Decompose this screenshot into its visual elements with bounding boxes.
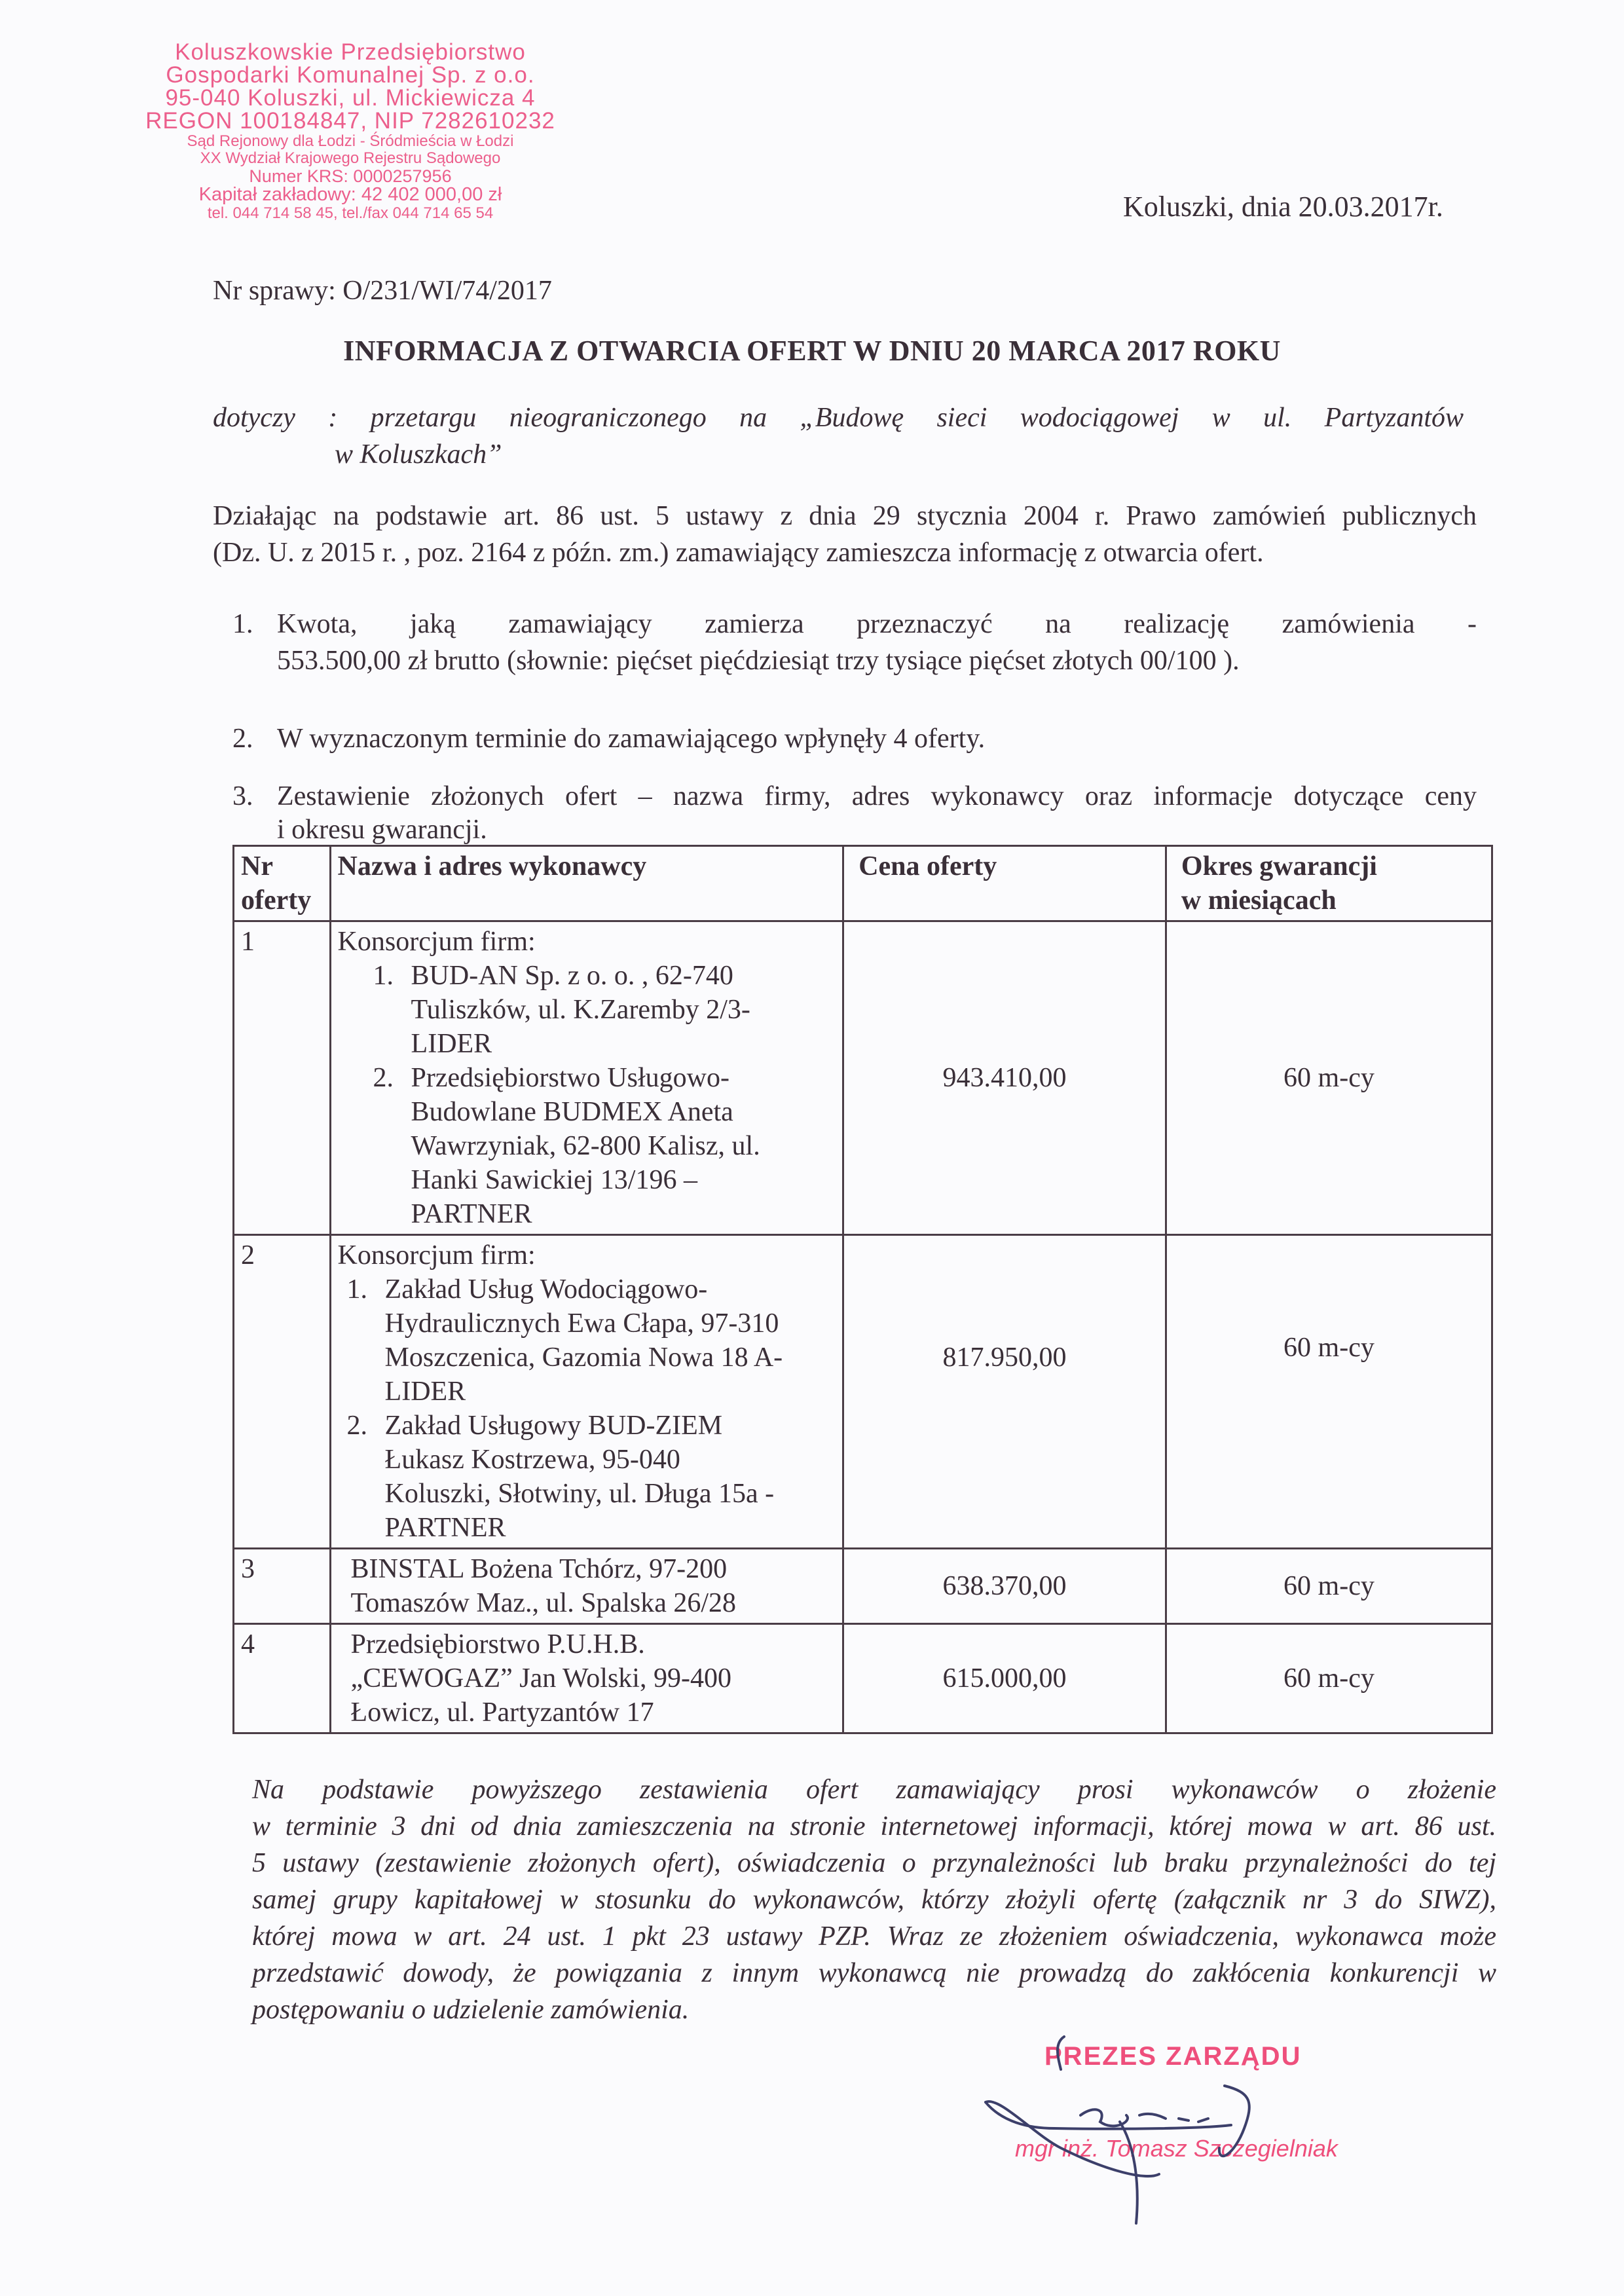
list-item: 1. Kwota, jaką zamawiający zamierza prze… — [213, 606, 1477, 679]
stamp-line: Sąd Rejonowy dla Łodzi - Śródmieścia w Ł… — [121, 134, 580, 149]
offer-warranty: 60 m-cy — [1166, 1549, 1492, 1624]
contractor-line: Łowicz, ul. Partyzantów 17 — [351, 1695, 836, 1730]
list-item: 2. W wyznaczonym terminie do zamawiające… — [213, 720, 1477, 757]
header-text: Nr — [241, 849, 323, 883]
paragraph-line: (Dz. U. z 2015 r. , poz. 2164 z późn. zm… — [213, 534, 1477, 571]
header-text: oferty — [241, 883, 323, 917]
closing-paragraph: Na podstawie powyższego zestawienia ofer… — [252, 1771, 1496, 2028]
contractor-cell: Konsorcjum firm: 1. Zakład Usług Wodocią… — [330, 1235, 843, 1549]
table-row: 3 BINSTAL Bożena Tchórz, 97-200 Tomaszów… — [234, 1549, 1492, 1624]
offer-price: 817.950,00 — [843, 1235, 1166, 1549]
header-text: Okres gwarancji — [1181, 849, 1485, 883]
header-price: Cena oferty — [843, 846, 1166, 921]
member-line: Hanki Sawickiej 13/196 – — [411, 1163, 836, 1197]
list-number: 1. — [232, 606, 253, 642]
contractor-line: BINSTAL Bożena Tchórz, 97-200 — [351, 1552, 836, 1586]
member-line: Budowlane BUDMEX Aneta — [411, 1095, 836, 1129]
item-line: 553.500,00 zł brutto (słownie: pięćset p… — [277, 642, 1477, 679]
offer-number: 3 — [234, 1549, 331, 1624]
member-line: Wawrzyniak, 62-800 Kalisz, ul. — [411, 1129, 836, 1163]
subject-line: dotyczy : przetargu nieograniczonego na … — [213, 399, 1464, 436]
member-line: Tuliszków, ul. K.Zaremby 2/3- — [411, 993, 836, 1027]
list-number: 2. — [232, 720, 253, 757]
item-line: Zestawienie złożonych ofert – nazwa firm… — [277, 778, 1477, 815]
consortium-member: 2. Przedsiębiorstwo Usługowo- Budowlane … — [364, 1061, 836, 1231]
member-number: 1. — [347, 1272, 368, 1306]
paragraph-line: Na podstawie powyższego zestawienia ofer… — [252, 1771, 1496, 1808]
stamp-line: Numer KRS: 0000257956 — [121, 168, 580, 185]
contractor-line: „CEWOGAZ” Jan Wolski, 99-400 — [351, 1661, 836, 1695]
stamp-line: 95-040 Koluszki, ul. Mickiewicza 4 — [121, 86, 580, 109]
stamp-line: Koluszkowskie Przedsiębiorstwo — [121, 41, 580, 64]
subject-concerns: dotyczy : przetargu nieograniczonego na … — [213, 399, 1464, 473]
member-line: Koluszki, Słotwiny, ul. Długa 15a - — [385, 1477, 836, 1511]
case-number: Nr sprawy: O/231/WI/74/2017 — [213, 275, 552, 306]
offer-number: 4 — [234, 1624, 331, 1733]
list-number: 3. — [232, 778, 253, 815]
header-warranty: Okres gwarancji w miesiącach — [1166, 846, 1492, 921]
member-number: 2. — [373, 1061, 394, 1095]
member-line: Przedsiębiorstwo Usługowo- — [411, 1061, 836, 1095]
consortium-member: 1. Zakład Usług Wodociągowo- Hydrauliczn… — [338, 1272, 836, 1409]
list-item: 3. Zestawienie złożonych ofert – nazwa f… — [213, 778, 1477, 845]
consortium-label: Konsorcjum firm: — [338, 925, 836, 959]
paragraph-line: przedstawić dowody, że powiązania z inny… — [252, 1955, 1496, 1991]
table-header-row: Nr oferty Nazwa i adres wykonawcy Cena o… — [234, 846, 1492, 921]
paragraph-line: 5 ustawy (zestawienie złożonych ofert), … — [252, 1845, 1496, 1881]
paragraph-line: samej grupy kapitałowej w stosunku do wy… — [252, 1881, 1496, 1918]
consortium-members: 1. BUD-AN Sp. z o. o. , 62-740 Tuliszków… — [338, 959, 836, 1231]
consortium-member: 1. BUD-AN Sp. z o. o. , 62-740 Tuliszków… — [364, 959, 836, 1061]
paragraph-line: Działając na podstawie art. 86 ust. 5 us… — [213, 498, 1477, 534]
member-line: Hydraulicznych Ewa Cłapa, 97-310 — [385, 1306, 836, 1341]
paragraph-line: w terminie 3 dni od dnia zamieszczenia n… — [252, 1808, 1496, 1845]
consortium-member: 2. Zakład Usługowy BUD-ZIEM Łukasz Kostr… — [338, 1409, 836, 1545]
document-title: INFORMACJA Z OTWARCIA OFERT W DNIU 20 MA… — [0, 334, 1624, 367]
table-row: 1 Konsorcjum firm: 1. BUD-AN Sp. z o. o.… — [234, 921, 1492, 1235]
member-line: Łukasz Kostrzewa, 95-040 — [385, 1443, 836, 1477]
table-row: 4 Przedsiębiorstwo P.U.H.B. „CEWOGAZ” Ja… — [234, 1624, 1492, 1733]
offer-price: 638.370,00 — [843, 1549, 1166, 1624]
offer-warranty: 60 m-cy — [1166, 921, 1492, 1235]
offer-number: 2 — [234, 1235, 331, 1549]
member-line: PARTNER — [385, 1511, 836, 1545]
offers-table: Nr oferty Nazwa i adres wykonawcy Cena o… — [232, 845, 1493, 1734]
offer-warranty: 60 m-cy — [1166, 1235, 1492, 1549]
stamp-line: REGON 100184847, NIP 7282610232 — [121, 109, 580, 132]
member-line: BUD-AN Sp. z o. o. , 62-740 — [411, 959, 836, 993]
stamp-line: Kapitał zakładowy: 42 402 000,00 zł — [121, 185, 580, 204]
member-line: LIDER — [385, 1375, 836, 1409]
company-stamp: Koluszkowskie Przedsiębiorstwo Gospodark… — [121, 41, 580, 221]
offer-price: 615.000,00 — [843, 1624, 1166, 1733]
place-date: Koluszki, dnia 20.03.2017r. — [1123, 190, 1443, 223]
member-line: LIDER — [411, 1027, 836, 1061]
header-offer-number: Nr oferty — [234, 846, 331, 921]
intro-paragraph: Działając na podstawie art. 86 ust. 5 us… — [213, 498, 1477, 571]
item-line: W wyznaczonym terminie do zamawiającego … — [277, 720, 1477, 757]
stamp-line: XX Wydział Krajowego Rejestru Sądowego — [121, 151, 580, 166]
member-line: PARTNER — [411, 1197, 836, 1231]
contractor-line: Przedsiębiorstwo P.U.H.B. — [351, 1627, 836, 1661]
consortium-label: Konsorcjum firm: — [338, 1238, 836, 1272]
offer-warranty: 60 m-cy — [1166, 1624, 1492, 1733]
paragraph-line: której mowa w art. 24 ust. 1 pkt 23 usta… — [252, 1918, 1496, 1955]
member-number: 2. — [347, 1409, 368, 1443]
item-line: i okresu gwarancji. — [277, 815, 1477, 845]
contractor-cell: Przedsiębiorstwo P.U.H.B. „CEWOGAZ” Jan … — [330, 1624, 843, 1733]
contractor-cell: Konsorcjum firm: 1. BUD-AN Sp. z o. o. ,… — [330, 921, 843, 1235]
header-contractor: Nazwa i adres wykonawcy — [330, 846, 843, 921]
header-text: w miesiącach — [1181, 883, 1485, 917]
item-line: Kwota, jaką zamawiający zamierza przezna… — [277, 606, 1477, 642]
subject-line: w Koluszkach” — [213, 436, 1464, 473]
member-line: Zakład Usług Wodociągowo- — [385, 1272, 836, 1306]
consortium-members: 1. Zakład Usług Wodociągowo- Hydrauliczn… — [338, 1272, 836, 1545]
stamp-line: tel. 044 714 58 45, tel./fax 044 714 65 … — [121, 206, 580, 221]
table-row: 2 Konsorcjum firm: 1. Zakład Usług Wodoc… — [234, 1235, 1492, 1549]
offer-price: 943.410,00 — [843, 921, 1166, 1235]
stamp-line: Gospodarki Komunalnej Sp. z o.o. — [121, 64, 580, 86]
member-number: 1. — [373, 959, 394, 993]
contractor-line: Tomaszów Maz., ul. Spalska 26/28 — [351, 1586, 836, 1620]
offer-number: 1 — [234, 921, 331, 1235]
member-line: Moszczenica, Gazomia Nowa 18 A- — [385, 1341, 836, 1375]
handwritten-signature-icon — [963, 2017, 1382, 2227]
member-line: Zakład Usługowy BUD-ZIEM — [385, 1409, 836, 1443]
contractor-cell: BINSTAL Bożena Tchórz, 97-200 Tomaszów M… — [330, 1549, 843, 1624]
